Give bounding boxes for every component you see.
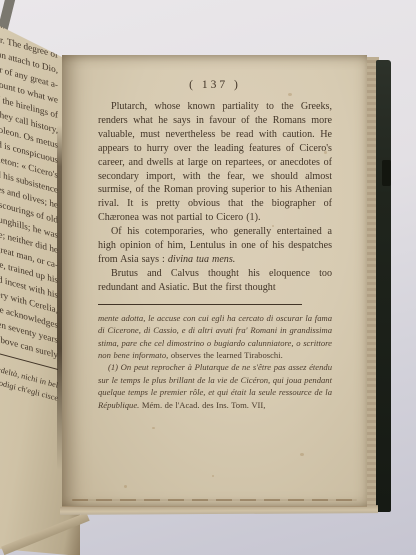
footnote-tiraboschi-attribution: observes the learned Tiraboschi. [171,350,283,360]
cover-clasp-mark [382,160,391,186]
foxing-spot [324,151,327,154]
deckle-stain-line [72,499,357,501]
page-number: ( 137 ) [98,79,332,91]
page-text-block: ( 137 ) Plutarch, whose known partiality… [98,79,332,411]
right-book-page: ( 137 ) Plutarch, whose known partiality… [62,55,367,507]
book-cover [376,60,391,512]
foxing-spot [152,427,155,429]
footnote-tiraboschi: mente adotta, le accuse con cui egli ha … [98,312,332,362]
paragraph-plutarch: Plutarch, whose known partiality to the … [98,100,332,225]
footnote-plutarque: (1) On peut reprocher à Plutarque de ne … [98,361,332,411]
foxing-spot [212,475,214,477]
left-page-text: 136 ) his power by what thesourder. The … [0,0,58,405]
book-photo-scene: 136 ) his power by what thesourder. The … [0,0,416,555]
latin-quote: divina tua mens. [168,254,235,265]
paragraph-cotemporaries: Of his cotemporaries, who generally ente… [98,225,332,267]
left-page-body-lines: his power by what thesourder. The degree… [0,0,58,363]
foxing-spot [300,453,304,456]
foxing-spot [124,485,127,488]
footnote-rule [98,304,302,305]
foxing-spot [288,93,292,96]
paragraph-brutus: Brutus and Calvus thought his eloquence … [98,267,332,295]
footnote-plutarque-citation: Mém. de l'Acad. des Ins. Tom. VII, [142,400,266,410]
foxing-spot [272,225,274,227]
